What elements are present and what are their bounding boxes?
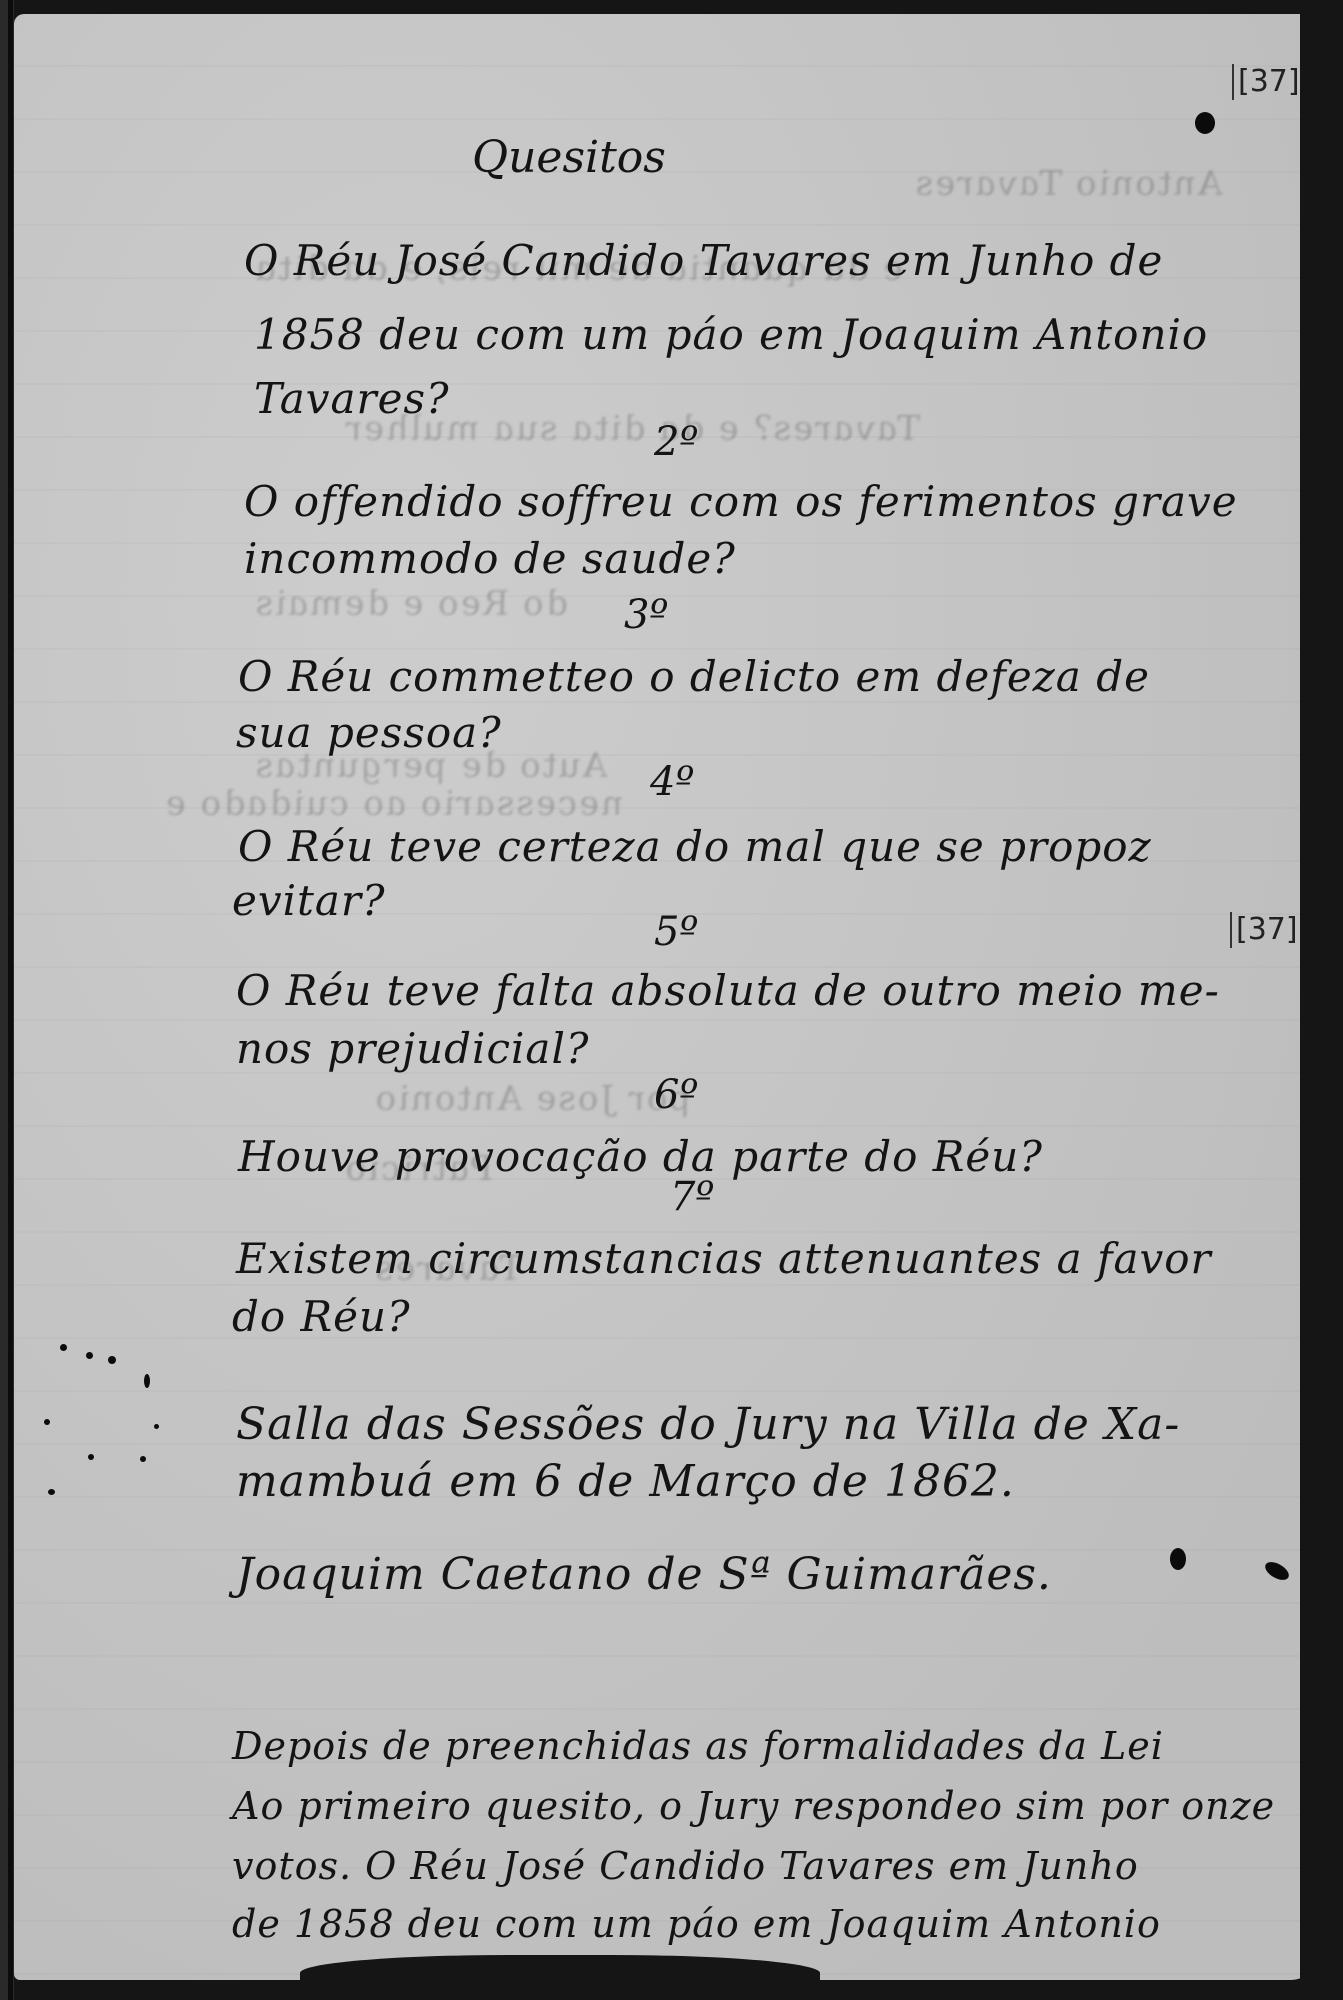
ink-spot <box>108 1356 116 1364</box>
question-1-line-2: 1858 deu com um páo em Joaquim Antonio <box>254 310 1208 359</box>
signature: Joaquim Caetano de Sª Guimarães. <box>236 1549 1052 1600</box>
ink-spot <box>48 1489 55 1495</box>
question-2-line-2: incommodo de saude? <box>244 534 736 583</box>
ink-blot <box>1262 1558 1292 1583</box>
question-2-number: 2º <box>654 419 698 465</box>
heading: Quesitos <box>472 132 666 183</box>
answer-line-3: votos. O Réu José Candido Tavares em Jun… <box>232 1844 1139 1888</box>
binding-line <box>8 0 13 2000</box>
ink-blot <box>1195 112 1215 134</box>
question-6-line-1: Houve provocação da parte do Réu? <box>238 1132 1043 1181</box>
question-5-line-2: nos prejudicial? <box>236 1024 589 1073</box>
question-3-line-1: O Réu commetteo o delicto em defeza de <box>238 652 1150 701</box>
ink-spot <box>88 1454 94 1460</box>
manuscript-page: Antonio Tavares e da quantia de mil reis… <box>14 14 1320 1980</box>
torn-edge <box>300 1955 820 2000</box>
ink-spot <box>44 1419 50 1425</box>
ink-spot <box>154 1424 159 1429</box>
bleed-through-text: por Jose Antonio <box>370 1079 696 1119</box>
question-3-number: 3º <box>624 592 668 638</box>
question-7-line-2: do Réu? <box>232 1292 411 1341</box>
ink-blot <box>1170 1548 1186 1570</box>
question-2-line-1: O offendido soffreu com os ferimentos gr… <box>244 477 1238 526</box>
question-1-line-1: O Réu José Candido Tavares em Junho de <box>244 236 1163 285</box>
answer-line-1: Depois de preenchidas as formalidades da… <box>232 1724 1164 1768</box>
answer-line-2: Ao primeiro quesito, o Jury respondeo si… <box>232 1784 1275 1828</box>
bleed-through-text: Antonio Tavares <box>910 164 1227 204</box>
bleed-through-text: necessario ao cuidado e <box>160 784 628 824</box>
closing-line-1: Salla das Sessões do Jury na Villa de Xa… <box>236 1399 1180 1450</box>
question-5-line-1: O Réu teve falta absoluta de outro meio … <box>236 966 1220 1015</box>
answer-line-4: de 1858 deu com um páo em Joaquim Antoni… <box>232 1902 1161 1946</box>
folio-number-margin: [37] <box>1230 912 1304 948</box>
right-background <box>1300 0 1343 2000</box>
question-3-line-2: sua pessoa? <box>236 708 502 757</box>
folio-number-top: [37] <box>1232 64 1306 100</box>
question-4-number: 4º <box>650 759 694 805</box>
question-4-line-2: evitar? <box>232 876 386 925</box>
question-6-number: 6º <box>654 1072 698 1118</box>
ink-spot <box>86 1352 93 1359</box>
closing-line-2: mambuá em 6 de Março de 1862. <box>236 1456 1015 1507</box>
question-5-number: 5º <box>654 909 698 955</box>
question-7-line-1: Existem circumstancias attenuantes a fav… <box>236 1234 1212 1283</box>
bleed-through-text: do Reo e demais <box>250 584 572 624</box>
question-7-number: 7º <box>670 1174 714 1220</box>
question-1-line-3: Tavares? <box>254 374 450 423</box>
question-4-line-1: O Réu teve certeza do mal que se propoz <box>238 822 1152 871</box>
ink-spot <box>140 1456 146 1462</box>
ink-spot <box>144 1374 150 1388</box>
ink-spot <box>60 1344 67 1351</box>
